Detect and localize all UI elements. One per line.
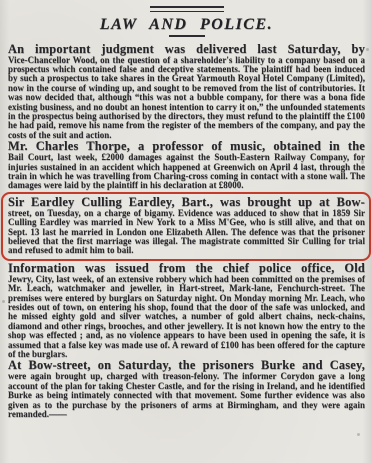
article-paragraph: An important judgment was delivered last…	[8, 43, 365, 141]
paragraph-body: were again brought up, charged with trea…	[8, 372, 365, 419]
paragraph-body: Vice-Chancellor Wood, on the question of…	[8, 56, 365, 141]
scan-speck	[361, 160, 364, 164]
highlight-annotation-box: Sir Eardley Culling Eardley, Bart., was …	[1, 192, 371, 261]
paragraph-body: street, on Tuesday, on a charge of bigam…	[8, 209, 365, 256]
highlighted-paragraph: Sir Eardley Culling Eardley, Bart., was …	[8, 196, 365, 256]
scan-speck	[2, 300, 5, 303]
article-column: An important judgment was delivered last…	[8, 43, 365, 420]
header-short-rule	[169, 35, 205, 37]
scan-speck	[366, 48, 369, 51]
article-paragraph: Mr. Charles Thorpe, a professor of music…	[8, 140, 365, 191]
article-paragraph: At Bow-street, on Saturday, the prisoner…	[8, 359, 365, 419]
header-double-rule	[150, 6, 224, 12]
section-title: LAW AND POLICE.	[8, 16, 365, 33]
paragraph-body: Bail Court, last week, £2000 damages aga…	[8, 153, 365, 191]
paragraph-lead: Information was issued from the chief po…	[8, 262, 365, 275]
scan-speck	[357, 433, 360, 436]
newspaper-clipping: LAW AND POLICE. An important judgment wa…	[0, 0, 372, 463]
paragraph-body: Jewry, City, last week, of an extensive …	[8, 275, 365, 360]
article-paragraph: Information was issued from the chief po…	[8, 262, 365, 360]
paragraph-lead: Sir Eardley Culling Eardley, Bart., was …	[8, 196, 365, 209]
paragraph-lead: An important judgment was delivered last…	[8, 43, 365, 56]
article-header: LAW AND POLICE.	[8, 6, 365, 37]
